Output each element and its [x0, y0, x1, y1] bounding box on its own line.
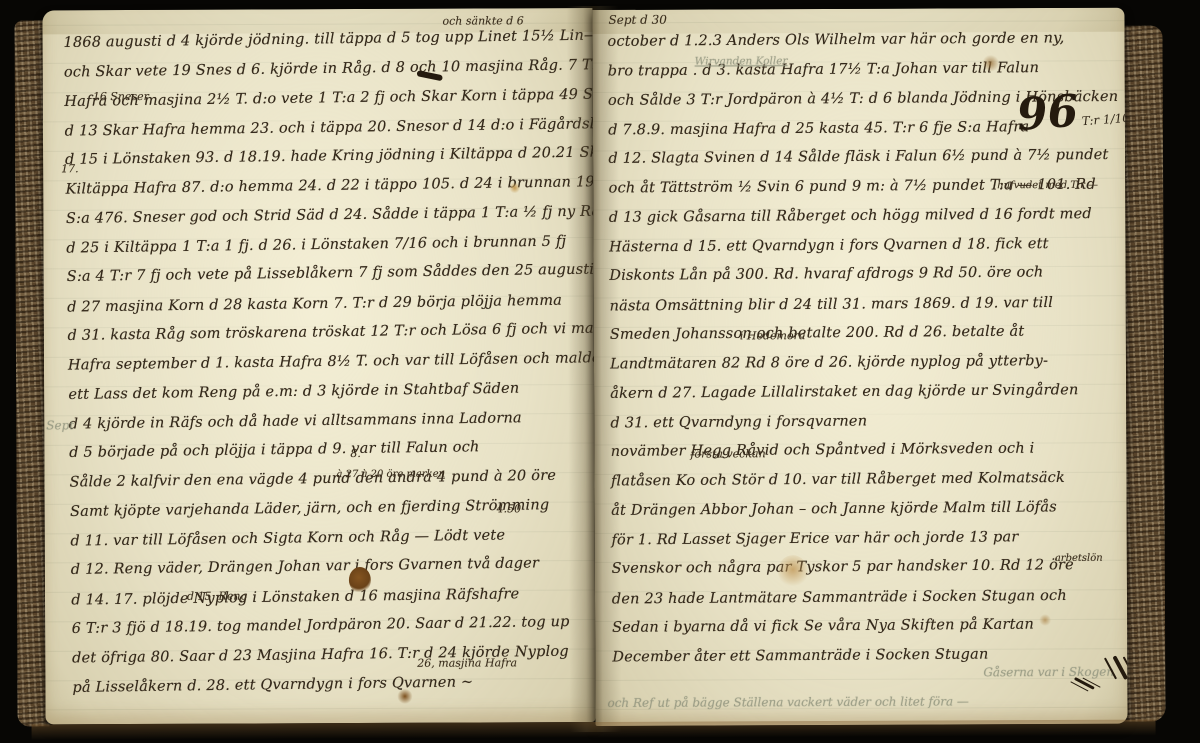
manuscript-line: Svenskor och några par Tyskor 5 par hand… — [612, 551, 1128, 585]
manuscript-line: nästa Omsättning blir d 24 till 31. mars… — [609, 288, 1127, 322]
marginal-note-hedemora: i Hedemora — [740, 329, 806, 342]
sum-figure-value: 96 — [1015, 86, 1080, 141]
book-photo: 1868 augusti d 4 kjörde jödning. till tä… — [0, 0, 1200, 743]
manuscript-line: d 13 gick Gåsarna till Råberget och högg… — [609, 199, 1128, 233]
marginal-note-masjina: 26, masjina Hafra — [417, 656, 517, 669]
marginal-note-eight: 8. — [350, 447, 361, 460]
pencil-note-bottom-2: och Ref ut på bägge Ställena vackert väd… — [607, 694, 969, 710]
marginal-note-forsta: första veckan — [690, 447, 765, 460]
left-page: 1868 augusti d 4 kjörde jödning. till tä… — [42, 8, 595, 724]
manuscript-line: novämber Hegg Råvid och Spåntved i Mörks… — [611, 434, 1128, 468]
pencil-note-bottom-1: Gåserna var i Skogen — [983, 665, 1114, 680]
marginal-note-sank: och sänkte d 6 — [442, 14, 523, 27]
left-page-text: 1868 augusti d 4 kjörde jödning. till tä… — [63, 21, 595, 703]
marginal-note-reng: d 15. Reng — [187, 590, 248, 603]
manuscript-line: d 31. ett Qvarndyng i forsqvarnen — [610, 405, 1127, 439]
marginal-note-amount: 4.50 — [497, 502, 522, 515]
manuscript-line: den 23 hade Lantmätare Sammanträde i Soc… — [612, 581, 1128, 615]
manuscript-line: för 1. Rd Lasset Sjager Erice var här oc… — [611, 522, 1127, 556]
marginal-note-seventeen: 17. — [61, 162, 79, 175]
manuscript-line: d 12. Slagta Svinen d 14 Sålde fläsk i F… — [608, 141, 1127, 175]
sum-figure-unit: T:r 1/10 — [1081, 111, 1127, 129]
book-edge-right — [1121, 26, 1166, 722]
marginal-note-sneser: 16 Sneser — [93, 90, 149, 103]
manuscript-line: Sedan i byarna då vi fick Se våra Nya Sk… — [612, 610, 1128, 644]
manuscript-line: Hästerna d 15. ett Qvarndygn i fors Qvar… — [609, 229, 1128, 263]
manuscript-line: bro trappa . d 3. kasta Hafra 17½ T:a Jo… — [608, 54, 1128, 88]
open-book: 1868 augusti d 4 kjörde jödning. till tä… — [14, 3, 1171, 734]
marginal-note-price: à 27 à 20 öre marken — [336, 469, 445, 480]
manuscript-line: flatåsen Ko och Stör d 10. var till Råbe… — [611, 464, 1128, 498]
corner-note-sept: Sept d 30 — [608, 13, 666, 27]
marginal-note-arbetslon: arbetslön — [1055, 553, 1103, 564]
right-page: october d 1.2.3 Anders Ols Wilhelm var h… — [592, 8, 1127, 726]
manuscript-line: Smeden Johansson och betalte 200. Rd d 2… — [610, 317, 1128, 351]
pencil-note-top: Wirvanden Koller — [695, 55, 788, 67]
manuscript-line: Landtmätaren 82 Rd 8 öre d 26. kjörde ny… — [610, 346, 1128, 380]
manuscript-line: Diskonts Lån på 300. Rd. hvaraf afdrogs … — [609, 258, 1127, 292]
marginal-note-hufvudet: hufvudet med T:r — — [997, 180, 1098, 191]
sum-figure: 96T:r 1/10 — [1015, 82, 1127, 141]
manuscript-line: october d 1.2.3 Anders Ols Wilhelm var h… — [607, 24, 1127, 58]
manuscript-line: åkern d 27. Lagade Lillalirstaket en dag… — [610, 375, 1127, 409]
pencil-note-sept: Sept — [46, 418, 74, 432]
manuscript-line: åt Drängen Abbor Johan – och Janne kjörd… — [611, 492, 1127, 526]
